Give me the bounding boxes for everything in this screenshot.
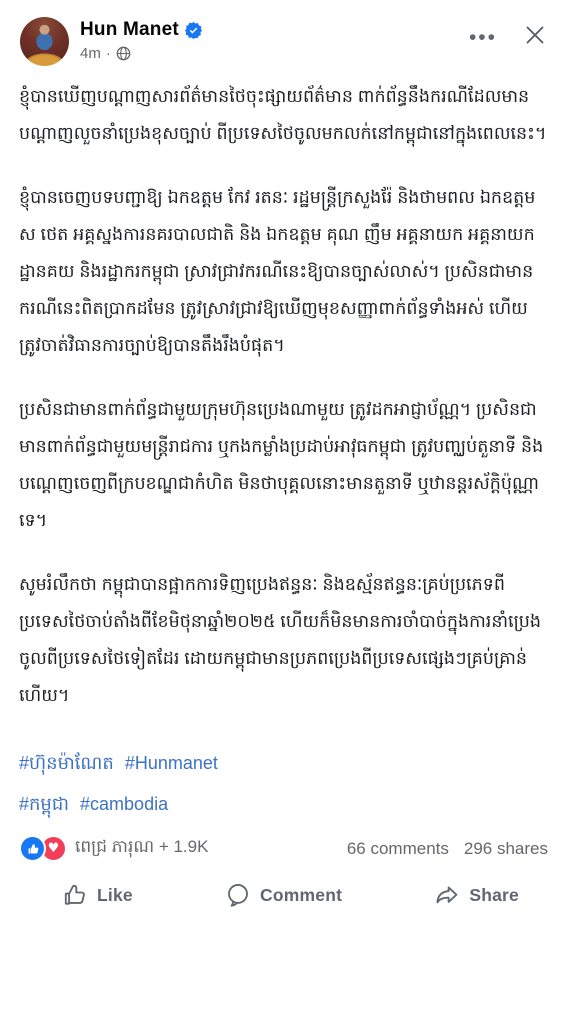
header-text: Hun Manet 4m · (80, 17, 202, 62)
hashtag-link[interactable]: #Hunmanet (125, 753, 218, 773)
engagement-summary: ♥ ពេជ្រ ភារុណ + 1.9K 66 comments 296 sha… (0, 819, 567, 862)
reaction-summary-text[interactable]: ពេជ្រ ភារុណ + 1.9K (75, 836, 208, 861)
facebook-post-card: Hun Manet 4m · (0, 0, 567, 1024)
post-paragraph: ខ្ញុំបានចេញបទបញ្ជាឱ្យ ឯកឧត្តម កែវ រតនៈ រ… (19, 179, 548, 364)
more-options-button[interactable]: ••• (469, 27, 497, 48)
timestamp[interactable]: 4m (80, 45, 101, 62)
share-button[interactable]: Share (434, 882, 519, 908)
post-paragraph: ប្រសិនជាមានពាក់ព័ន្ធជាមួយក្រុមហ៊ុនប្រេងណ… (19, 391, 548, 539)
action-bar: Like Comment Share (0, 862, 567, 908)
hashtag-line: #ហ៊ុនម៉ាណែត #Hunmanet (19, 748, 548, 778)
post-paragraph: សូមរំលឹកថា កម្ពុជាបានផ្អាកការទិញប្រេងឥន្… (19, 566, 548, 714)
separator-dot: · (106, 45, 111, 62)
post-paragraph: ខ្ញុំបានឃើញបណ្ដាញសារព័ត៌មានថៃចុះផ្សាយព័ត… (19, 78, 548, 152)
hashtag-link[interactable]: #cambodia (80, 794, 168, 814)
verified-badge-icon (185, 22, 202, 39)
share-arrow-icon (434, 882, 460, 908)
comments-count[interactable]: 66 comments (347, 839, 449, 859)
close-button[interactable] (523, 23, 547, 52)
share-button-label: Share (469, 885, 519, 906)
thumbs-up-icon (62, 882, 88, 908)
post-header: Hun Manet 4m · (0, 0, 567, 66)
comment-button[interactable]: Comment (225, 882, 342, 908)
public-globe-icon (116, 46, 131, 61)
shares-count[interactable]: 296 shares (464, 839, 548, 859)
like-button[interactable]: Like (62, 882, 133, 908)
hashtag-link[interactable]: #ហ៊ុនម៉ាណែត (19, 753, 114, 773)
like-button-label: Like (97, 885, 133, 906)
author-name[interactable]: Hun Manet (80, 19, 179, 41)
comment-button-label: Comment (260, 885, 342, 906)
avatar[interactable] (20, 17, 69, 66)
hashtag-line: #កម្ពុជា #cambodia (19, 789, 548, 819)
comment-bubble-icon (225, 882, 251, 908)
post-body: ខ្ញុំបានឃើញបណ្ដាញសារព័ត៌មានថៃចុះផ្សាយព័ត… (0, 78, 567, 819)
like-reaction-icon (19, 835, 46, 862)
reaction-icons[interactable]: ♥ (19, 835, 67, 862)
hashtag-link[interactable]: #កម្ពុជា (19, 794, 69, 814)
